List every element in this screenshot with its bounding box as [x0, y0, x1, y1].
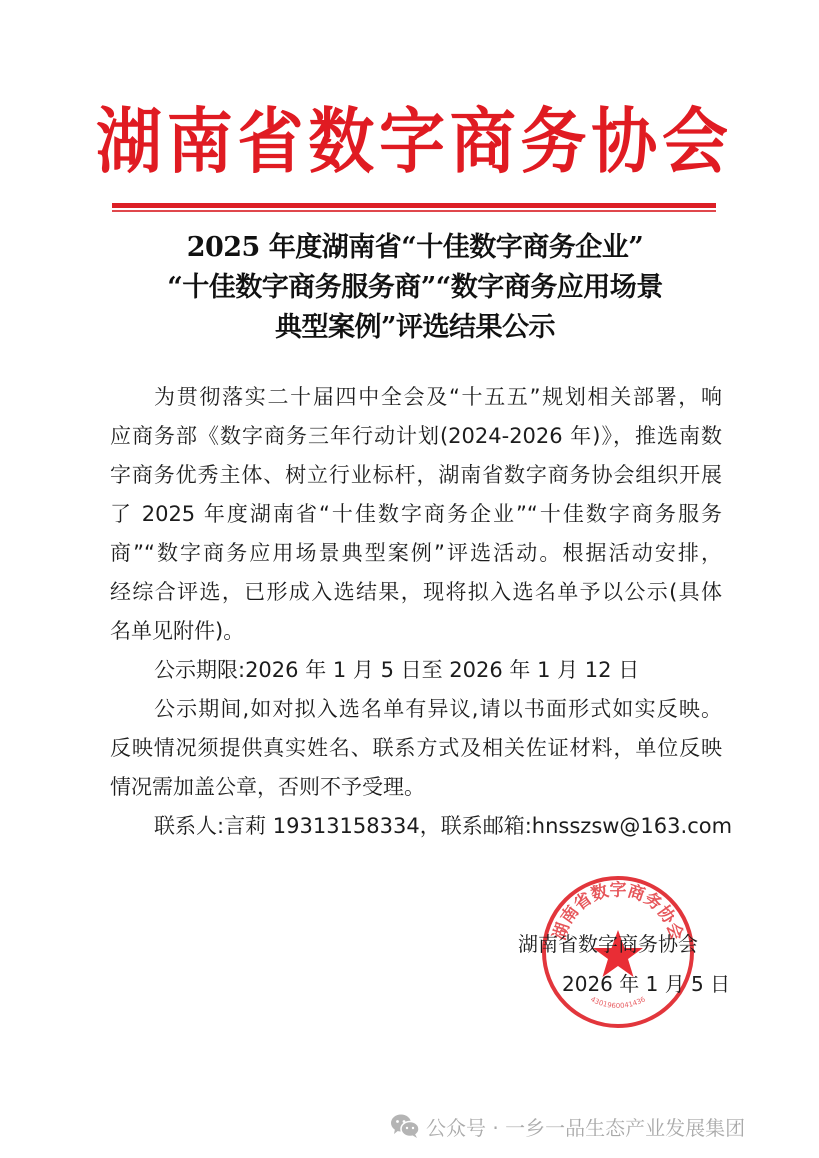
- body-line: 反映情况须提供真实姓名、联系方式及相关佐证材料，单位反映: [110, 729, 722, 768]
- document-title: 2025 年度湖南省“十佳数字商务企业” “十佳数字商务服务商”“数字商务应用场…: [100, 228, 730, 348]
- title-line: “十佳数字商务服务商”“数字商务应用场景: [100, 268, 730, 308]
- body-line: 公示期间,如对拟入选名单有异议,请以书面形式如实反映。: [110, 690, 722, 729]
- signature-block: 湖南省数字商务协会 2026 年 1 月 5 日: [518, 924, 728, 1004]
- watermark-text: 公众号 · 一乡一品生态产业发展集团: [426, 1112, 745, 1141]
- letterhead-divider-thick: [112, 203, 716, 208]
- letterhead-char: 商: [450, 92, 516, 189]
- document-body: 为贯彻落实二十届四中全会及“十五五”规划相关部署，响 应商务部《数字商务三年行动…: [110, 378, 722, 846]
- body-line: 经综合评选，已形成入选结果，现将拟入选名单予以公示(具体: [110, 573, 722, 612]
- wechat-icon: [390, 1113, 420, 1139]
- signature-date: 2026 年 1 月 5 日: [518, 964, 728, 1004]
- letterhead-char: 湖: [96, 92, 162, 189]
- letterhead-organization-name: 湖 南 省 数 字 商 务 协 会: [96, 96, 728, 186]
- letterhead-char: 协: [591, 92, 657, 189]
- body-line: 商”“数字商务应用场景典型案例”评选活动。根据活动安排，: [110, 534, 722, 573]
- body-line: 情况需加盖公章，否则不予受理。: [110, 768, 722, 807]
- paragraph-objection: 公示期间,如对拟入选名单有异议,请以书面形式如实反映。 反映情况须提供真实姓名、…: [110, 690, 722, 807]
- letterhead-char: 数: [308, 92, 374, 189]
- contact-info: 联系人:言莉 19313158334，联系邮箱:hnsszsw@163.com: [110, 807, 722, 846]
- body-line: 字商务优秀主体、树立行业标杆，湖南省数字商务协会组织开展: [110, 456, 722, 495]
- body-line: 了 2025 年度湖南省“十佳数字商务企业”“十佳数字商务服务: [110, 495, 722, 534]
- title-line: 2025 年度湖南省“十佳数字商务企业”: [100, 228, 730, 268]
- letterhead-divider-thin: [112, 210, 716, 212]
- letterhead-char: 南: [167, 92, 233, 189]
- title-line: 典型案例”评选结果公示: [100, 308, 730, 348]
- wechat-watermark: 公众号 · 一乡一品生态产业发展集团: [390, 1108, 745, 1144]
- publicity-period: 公示期限:2026 年 1 月 5 日至 2026 年 1 月 12 日: [110, 651, 722, 690]
- signature-organization: 湖南省数字商务协会: [518, 924, 728, 964]
- paragraph-announcement: 为贯彻落实二十届四中全会及“十五五”规划相关部署，响 应商务部《数字商务三年行动…: [110, 378, 722, 651]
- letterhead-char: 省: [238, 92, 304, 189]
- document-page: 湖 南 省 数 字 商 务 协 会 2025 年度湖南省“十佳数字商务企业” “…: [0, 0, 819, 1158]
- letterhead-char: 务: [521, 92, 587, 189]
- letterhead-char: 字: [379, 92, 445, 189]
- letterhead-char: 会: [662, 92, 728, 189]
- body-line: 为贯彻落实二十届四中全会及“十五五”规划相关部署，响: [110, 378, 722, 417]
- body-line: 应商务部《数字商务三年行动计划(2024-2026 年)》，推选南数: [110, 417, 722, 456]
- body-line: 名单见附件)。: [110, 612, 722, 651]
